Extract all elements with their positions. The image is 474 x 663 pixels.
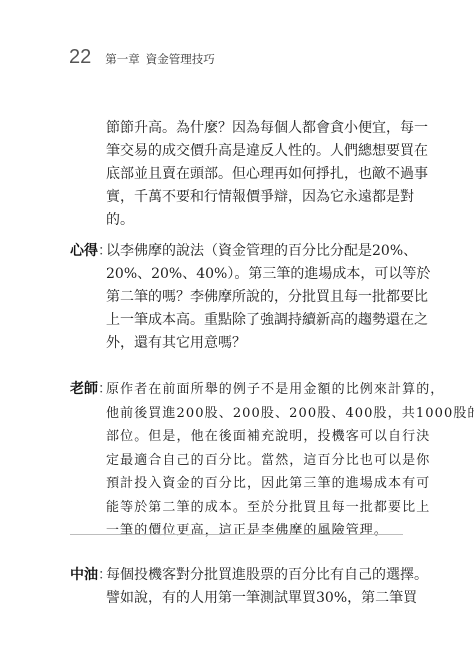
text-line: 預計投入資金的百分比，因此第三筆的進場成本有可 bbox=[106, 472, 474, 496]
text-line: 上一筆成本高。重點除了強調持續新高的趨勢還在之 bbox=[106, 309, 430, 332]
chapter-label: 第一章 bbox=[105, 52, 140, 66]
intro-paragraph: 節節升高。為什麼？因為每個人都會貪小便宜，每一 筆交易的成交價升高是違反人性的。… bbox=[106, 117, 428, 232]
text-line: 每個投機客對分批買進股票的百分比有自己的選擇。 bbox=[106, 564, 428, 587]
text-line: 一筆的價位更高，這正是李佛摩的風險管理。 bbox=[106, 519, 474, 543]
text-line: 20%、20%、40%）。第三筆的進場成本，可以等於 bbox=[106, 263, 430, 286]
text-line: 部位。但是，他在後面補充說明，投機客可以自行決 bbox=[106, 425, 474, 449]
chapter-heading: 第一章資金管理技巧 bbox=[105, 51, 215, 67]
text-line: 譬如說，有的人用第一筆測試單買30%，第二筆買 bbox=[106, 587, 428, 610]
text-line: 節節升高。為什麼？因為每個人都會貪小便宜，每一 bbox=[106, 117, 428, 140]
speaker-name: 中油 bbox=[70, 567, 98, 583]
text-line: 第二筆的嗎？李佛摩所說的，分批買且每一批都要比 bbox=[106, 286, 430, 309]
text-line: 筆交易的成交價升高是違反人性的。人們總想要買在 bbox=[106, 140, 428, 163]
text-line: 他前後買進200股、200股、200股、400股，共1000股的 bbox=[106, 402, 474, 426]
text-line: 原作者在前面所舉的例子不是用金額的比例來計算的， bbox=[106, 378, 474, 402]
dialog-body: 以李佛摩的說法（資金管理的百分比分配是20%、 20%、20%、40%）。第三筆… bbox=[106, 240, 430, 355]
chapter-title: 資金管理技巧 bbox=[146, 52, 215, 66]
section-divider bbox=[70, 534, 403, 535]
speaker-name: 心得 bbox=[70, 243, 98, 259]
text-line: 外，還有其它用意嗎？ bbox=[106, 332, 430, 355]
text-line: 以李佛摩的說法（資金管理的百分比分配是20%、 bbox=[106, 240, 430, 263]
text-line: 底部並且賣在頭部。但心理再如何掙扎，也敵不過事 bbox=[106, 163, 428, 186]
speaker-name: 老師 bbox=[70, 381, 98, 397]
page-number: 22 bbox=[69, 46, 91, 69]
dialog-body: 原作者在前面所舉的例子不是用金額的比例來計算的， 他前後買進200股、200股、… bbox=[106, 378, 474, 543]
text-line: 的。 bbox=[106, 209, 428, 232]
dialog-body: 每個投機客對分批買進股票的百分比有自己的選擇。 譬如說，有的人用第一筆測試單買3… bbox=[106, 564, 428, 610]
text-line: 定最適合自己的百分比。當然，這百分比也可以是你 bbox=[106, 449, 474, 473]
text-line: 實，千萬不要和行情報價爭辯，因為它永遠都是對 bbox=[106, 186, 428, 209]
running-header: 22 第一章資金管理技巧 bbox=[69, 46, 215, 69]
text-line: 能等於第二筆的成本。至於分批買且每一批都要比上 bbox=[106, 496, 474, 520]
